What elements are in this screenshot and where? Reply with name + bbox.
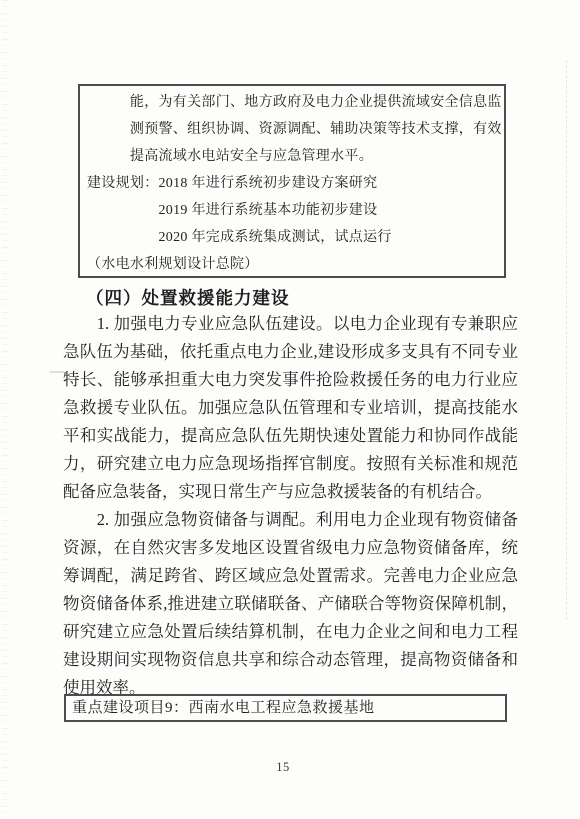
text-line: 平和实战能力，提高应急队伍先期快速处置能力和协同作战能 bbox=[63, 422, 518, 450]
section-heading: （四）处置救援能力建设 bbox=[63, 284, 518, 312]
text-line: 提高流域水电站安全与应急管理水平。 bbox=[87, 143, 496, 170]
scan-noise-right bbox=[566, 60, 567, 620]
page-number: 15 bbox=[0, 760, 566, 775]
scan-noise-left bbox=[2, 0, 8, 819]
text-line: 2. 加强应急物资储备与调配。利用电力企业现有物资储备 bbox=[63, 506, 518, 534]
text-line: 能，为有关部门、地方政府及电力企业提供流域安全信息监 bbox=[87, 89, 496, 116]
text-line: 研究建立应急处置后续结算机制，在电力企业之间和电力工程 bbox=[63, 618, 518, 646]
text-line: 特长、能够承担重大电力突发事件抢险救援任务的电力行业应 bbox=[63, 366, 518, 394]
document-page: 能，为有关部门、地方政府及电力企业提供流域安全信息监 测预警、组织协调、资源调配… bbox=[0, 0, 580, 819]
text-line: 急队伍为基础，依托重点电力企业,建设形成多支具有不同专业 bbox=[63, 338, 518, 366]
text-line: 物资储备体系,推进建立联储联备、产储联合等物资保障机制， bbox=[63, 590, 518, 618]
text-line: 测预警、组织协调、资源调配、辅助决策等技术支撑，有效 bbox=[87, 116, 496, 143]
key-project-label: 重点建设项目9：西南水电工程应急救援基地 bbox=[72, 700, 375, 716]
text-line: 2019 年进行系统基本功能初步建设 bbox=[87, 197, 496, 224]
text-line: 1. 加强电力专业应急队伍建设。以电力企业现有专兼职应 bbox=[63, 310, 518, 338]
text-line: 建设规划：2018 年进行系统初步建设方案研究 bbox=[87, 170, 496, 197]
text-line: 资源，在自然灾害多发地区设置省级电力应急物资储备库，统 bbox=[63, 534, 518, 562]
text-line: 筹调配，满足跨省、跨区域应急处置需求。完善电力企业应急 bbox=[63, 562, 518, 590]
scan-speck bbox=[50, 371, 64, 373]
text-line: 配备应急装备，实现日常生产与应急救援装备的有机结合。 bbox=[63, 478, 518, 506]
body-paragraphs: 1. 加强电力专业应急队伍建设。以电力企业现有专兼职应急队伍为基础，依托重点电力… bbox=[63, 310, 518, 702]
construction-plan-box: 能，为有关部门、地方政府及电力企业提供流域安全信息监 测预警、组织协调、资源调配… bbox=[78, 84, 506, 278]
text-line: 2020 年完成系统集成测试，试点运行 bbox=[87, 224, 496, 251]
text-line: 建设期间实现物资信息共享和综合动态管理，提高物资储备和 bbox=[63, 646, 518, 674]
text-line: （水电水利规划设计总院） bbox=[87, 251, 496, 278]
text-line: 力，研究建立电力应急现场指挥官制度。按照有关标准和规范 bbox=[63, 450, 518, 478]
key-project-box: 重点建设项目9：西南水电工程应急救援基地 bbox=[64, 694, 507, 722]
text-line: 急救援专业队伍。加强应急队伍管理和专业培训，提高技能水 bbox=[63, 394, 518, 422]
